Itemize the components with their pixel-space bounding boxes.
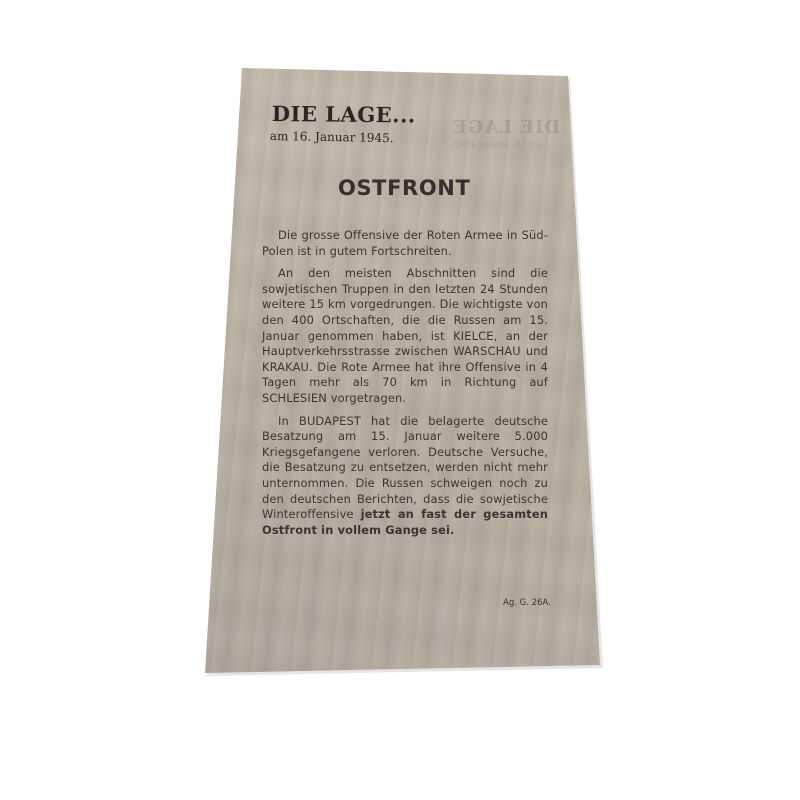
paragraph-3: In BUDAPEST hat die belagerte deutsche B… [262, 414, 548, 539]
paragraph-3-text: In BUDAPEST hat die belagerte deutsche B… [262, 414, 548, 522]
leaflet-headline: OSTFRONT [338, 176, 470, 200]
bleed-through-subtitle: am 16. Januar 1945. [450, 140, 543, 150]
bleed-through-title: DIE LAGE [430, 117, 560, 138]
leaflet-body: Die grosse Offensive der Roten Armee in … [262, 228, 548, 545]
paragraph-1: Die grosse Offensive der Roten Armee in … [262, 228, 548, 259]
reference-code: Ag. G. 26A. [503, 598, 551, 608]
leaflet-title: DIE LAGE... [272, 101, 416, 128]
leaflet-date: am 16. Januar 1945. [270, 129, 394, 145]
paragraph-2: An den meisten Abschnitten sind die sowj… [262, 266, 548, 406]
